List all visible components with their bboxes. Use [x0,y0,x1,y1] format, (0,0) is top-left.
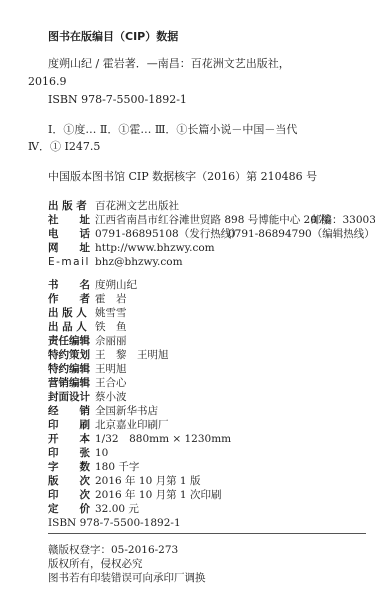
detail-label: 印 次 [48,489,92,502]
publisher-label: 出 版 者 [48,200,92,213]
detail-value: 蔡小波 [95,391,127,403]
cip-title: 图书在版编目（CIP）数据 [48,28,178,44]
detail-label: 印 张 [48,447,92,460]
detail-row: 印 张10 [48,447,108,460]
detail-row: 出 品 人铁 鱼 [48,321,127,334]
detail-value: 铁 鱼 [95,321,127,333]
address-value: 江西省南昌市红谷滩世贸路 898 号博能中心 20 楼 [95,214,331,226]
detail-row: 封面设计蔡小波 [48,391,127,404]
detail-row: 字 数180 千字 [48,461,139,474]
website-row: 网 址http://www.bhzwy.com [48,242,215,255]
detail-row: 经 销全国新华书店 [48,405,158,418]
cip-line1-cont: 2016.9 [28,75,67,88]
detail-row: 印 刷北京嘉业印刷厂 [48,419,169,432]
detail-label: 定 价 [48,503,92,516]
detail-value: 32.00 元 [95,503,139,515]
detail-label: 版 次 [48,475,92,488]
detail-label: 印 刷 [48,419,92,432]
cip-number: 中国版本图书馆 CIP 数据核字（2016）第 210486 号 [48,170,317,183]
detail-label: 封面设计 [48,391,92,404]
email-row: E-mailbhz@bhzwy.com [48,256,183,269]
address-row: 社 址江西省南昌市红谷滩世贸路 898 号博能中心 20 楼 邮编：330038 [48,214,331,227]
detail-label: 开 本 [48,433,92,446]
detail-value: 王 黎 王明旭 [95,349,169,361]
phone-label: 电 话 [48,228,92,241]
email-label: E-mail [48,256,92,269]
detail-label: 书 名 [48,279,92,292]
divider [48,533,366,534]
detail-row: 开 本1/32 880mm × 1230mm [48,433,231,446]
isbn-bottom: ISBN 978-7-5500-1892-1 [48,517,181,530]
detail-value: 姚雪雪 [95,307,127,319]
detail-value: 180 千字 [95,461,139,473]
phone-sales-value: 0791-86895108（发行热线） [95,228,242,240]
detail-label: 出 版 人 [48,307,92,320]
copyright-registration: 赣版权登字：05-2016-273 [48,544,178,557]
detail-row: 书 名度朔山纪 [48,279,137,292]
detail-value: 度朔山纪 [95,279,137,291]
cip-isbn: ISBN 978-7-5500-1892-1 [48,93,187,106]
detail-label: 出 品 人 [48,321,92,334]
detail-value: 王明旭 [95,363,127,375]
detail-row: 营销编辑王合心 [48,377,127,390]
detail-row: 出 版 人姚雪雪 [48,307,127,320]
publisher-value: 百花洲文艺出版社 [95,200,179,212]
cip-class-line2: Ⅳ．① I247.5 [28,140,100,153]
detail-row: 特约编辑王明旭 [48,363,127,376]
detail-label: 作 者 [48,293,92,306]
detail-row: 印 次2016 年 10 月第 1 次印刷 [48,489,221,502]
detail-value: 1/32 880mm × 1230mm [95,433,231,445]
detail-label: 责任编辑 [48,335,92,348]
address-label: 社 址 [48,214,92,227]
rights-notice: 版权所有，侵权必究 [48,558,143,571]
detail-label: 特约策划 [48,349,92,362]
publisher-row: 出 版 者百花洲文艺出版社 [48,200,179,213]
cip-line1: 度朔山纪 / 霍岩著．—南昌：百花洲文艺出版社， [48,57,290,70]
detail-row: 版 次2016 年 10 月第 1 版 [48,475,200,488]
detail-label: 营销编辑 [48,377,92,390]
detail-row: 作 者霍 岩 [48,293,127,306]
email-link[interactable]: bhz@bhzwy.com [95,256,183,268]
detail-label: 特约编辑 [48,363,92,376]
detail-value: 2016 年 10 月第 1 版 [95,475,200,487]
detail-label: 字 数 [48,461,92,474]
detail-value: 佘丽丽 [95,335,127,347]
website-label: 网 址 [48,242,92,255]
detail-value: 北京嘉业印刷厂 [95,419,169,431]
detail-value: 2016 年 10 月第 1 次印刷 [95,489,221,501]
detail-value: 全国新华书店 [95,405,158,417]
detail-value: 10 [95,447,108,459]
detail-value: 霍 岩 [95,293,127,305]
cip-class-line1: Ⅰ．①度… Ⅱ．①霍… Ⅲ．①长篇小说－中国－当代 [48,123,297,136]
detail-row: 特约策划王 黎 王明旭 [48,349,169,362]
phone-row: 电 话0791-86895108（发行热线） 0791-86894790（编辑热… [48,228,242,241]
detail-row: 责任编辑佘丽丽 [48,335,127,348]
detail-value: 王合心 [95,377,127,389]
postcode-value: 邮编：330038 [311,214,375,227]
detail-label: 经 销 [48,405,92,418]
detail-row: 定 价32.00 元 [48,503,139,516]
replacement-notice: 图书若有印装错误可向承印厂调换 [48,572,206,585]
phone-editor-value: 0791-86894790（编辑热线） [228,228,375,241]
website-link[interactable]: http://www.bhzwy.com [95,242,215,254]
